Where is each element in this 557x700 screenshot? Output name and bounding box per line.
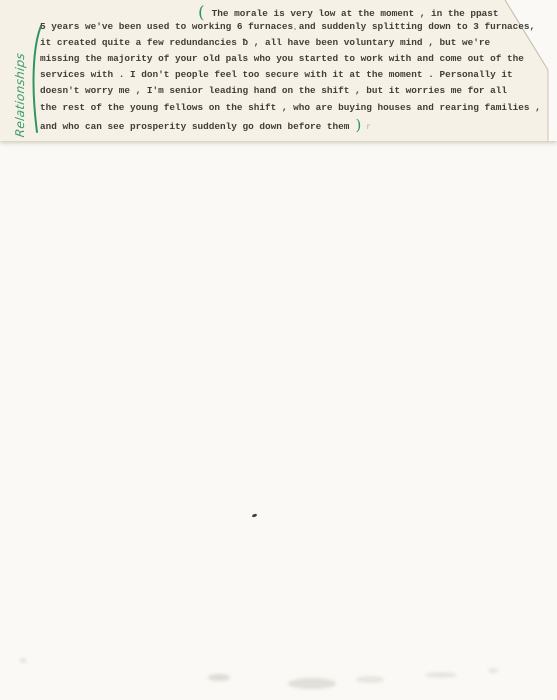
ink-speck: [252, 513, 258, 518]
typed-excerpt-slip: Relationships (The morale is very low at…: [0, 0, 557, 141]
faint-smudge: [488, 668, 498, 673]
faint-smudge: [425, 672, 457, 678]
faint-smudge: [20, 658, 26, 663]
ink-speck: [294, 28, 296, 30]
typed-line: services with . I don't people feel too …: [40, 67, 552, 83]
typed-text-block: (The morale is very low at the moment , …: [40, 3, 552, 132]
faint-smudge: [208, 674, 230, 681]
typed-line-text: and who can see prosperity suddenly go d…: [40, 121, 349, 132]
typed-line: 5 years we've been used to working 6 fur…: [40, 19, 552, 35]
typed-line: missing the majority of your old pals wh…: [40, 51, 552, 67]
faint-smudge: [356, 676, 384, 683]
typed-line: and who can see prosperity suddenly go d…: [40, 116, 552, 132]
ink-speck: [480, 14, 483, 16]
green-close-bracket: ): [355, 117, 361, 133]
typed-line: (The morale is very low at the moment , …: [40, 3, 552, 19]
typed-line: the rest of the young fellows on the shi…: [40, 100, 552, 116]
scanned-page: Relationships (The morale is very low at…: [0, 0, 557, 700]
margin-note-relationships: Relationships: [13, 48, 27, 142]
typed-line: it created quite a few redundancies ƀ , …: [40, 35, 552, 51]
green-open-bracket: (: [198, 5, 205, 21]
pencil-mark: r: [366, 123, 371, 132]
typed-line-text: The morale is very low at the moment , i…: [212, 8, 499, 19]
typed-line: doesn't worry me , I'm senior leading ha…: [40, 83, 552, 99]
faint-smudge: [288, 678, 336, 689]
